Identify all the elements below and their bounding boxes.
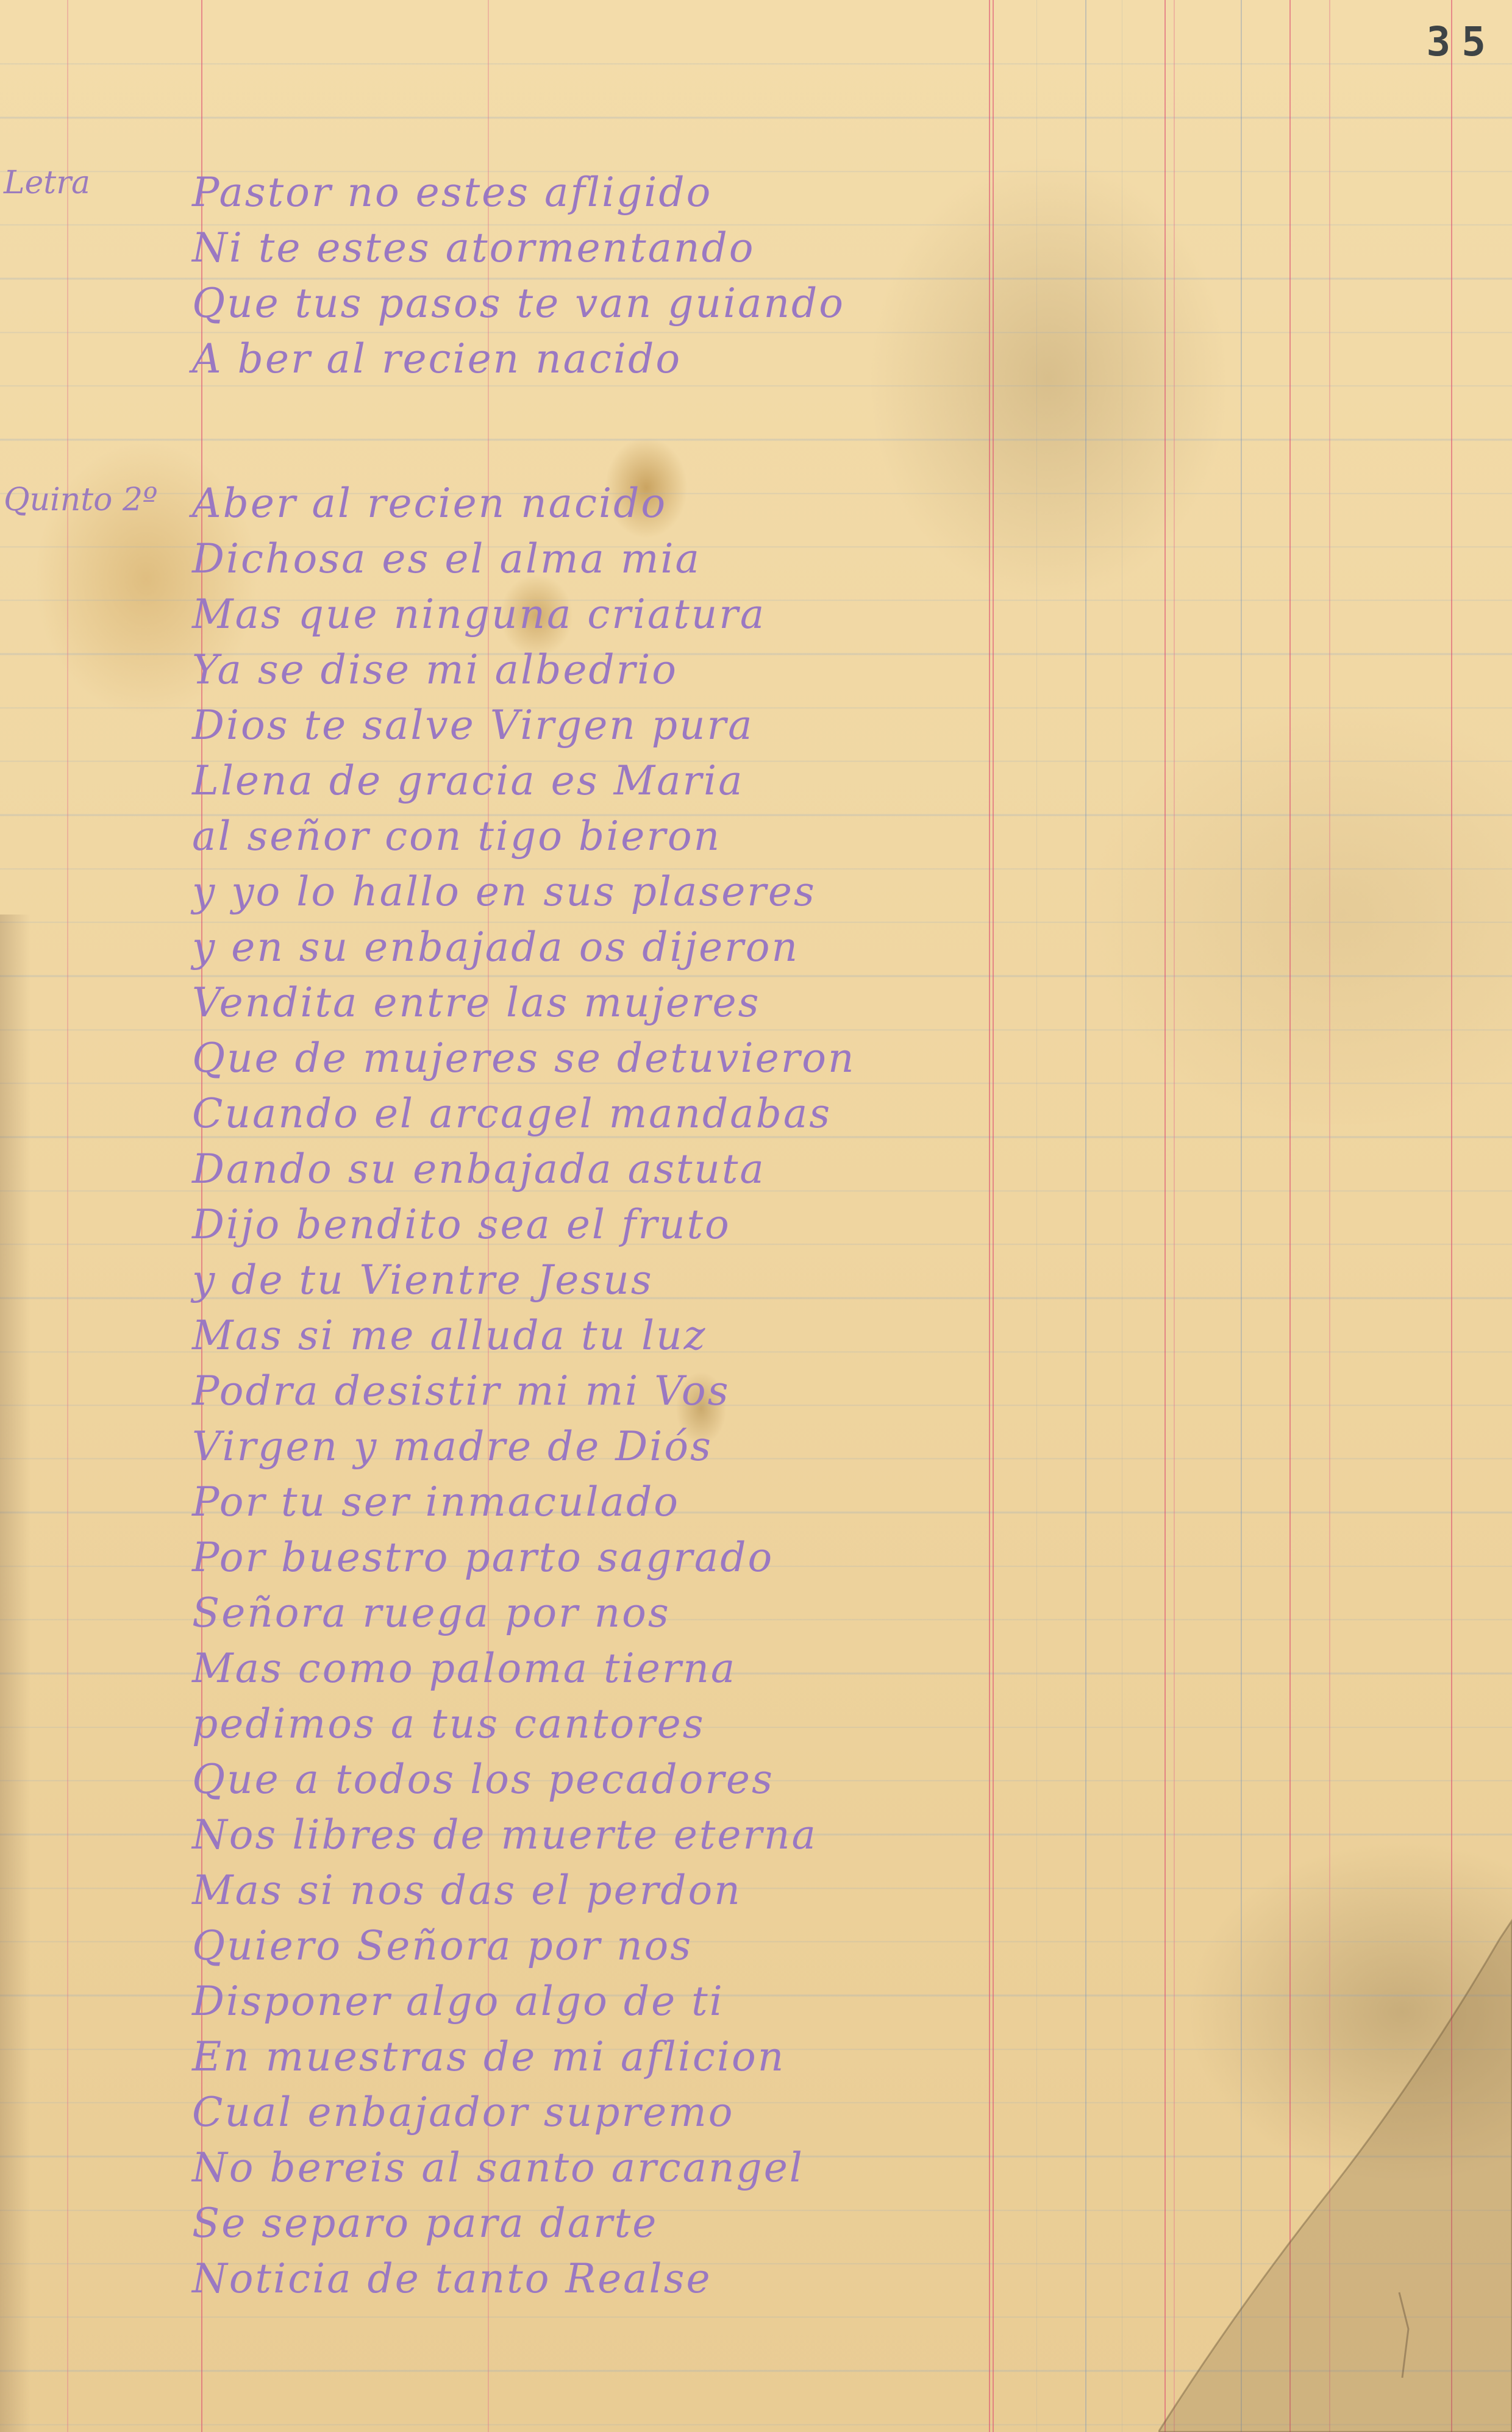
stanza-1: Pastor no estes afligido Ni te estes ato…	[192, 165, 1168, 387]
verse-line: Vendita entre las mujeres	[192, 975, 1168, 1030]
verse-line: Que de mujeres se detuvieron	[192, 1030, 1168, 1086]
verse-line: al señor con tigo bieron	[192, 808, 1168, 864]
verse-line: y de tu Vientre Jesus	[192, 1252, 1168, 1308]
verse-line: Llena de gracia es Maria	[192, 753, 1168, 808]
verse-line: Dios te salve Virgen pura	[192, 697, 1168, 753]
verse-line: Que tus pasos te van guiando	[192, 276, 1168, 331]
verse-line: A ber al recien nacido	[192, 331, 1168, 387]
verse-line: Dando su enbajada astuta	[192, 1141, 1168, 1197]
verse-line: Aber al recien nacido	[192, 476, 1168, 531]
verse-line: Pastor no estes afligido	[192, 165, 1168, 220]
verse-line: Cual enbajador supremo	[192, 2084, 1168, 2140]
verse-line: En muestras de mi aflicion	[192, 2029, 1168, 2084]
verse-line: pedimos a tus cantores	[192, 1696, 1168, 1752]
margin-label-quinto: Quinto 2º	[4, 482, 158, 518]
verse-line: Mas que ninguna criatura	[192, 587, 1168, 642]
verse-line: Mas como paloma tierna	[192, 1641, 1168, 1696]
verse-line: Por tu ser inmaculado	[192, 1474, 1168, 1530]
verse-line: Señora ruega por nos	[192, 1585, 1168, 1641]
verse-line: y en su enbajada os dijeron	[192, 919, 1168, 975]
verse-line: Nos libres de muerte eterna	[192, 1807, 1168, 1863]
verse-line: Por buestro parto sagrado	[192, 1530, 1168, 1585]
page-number: 35	[1427, 18, 1497, 65]
verse-line: Disponer algo algo de ti	[192, 1974, 1168, 2029]
verse-line: Dichosa es el alma mia	[192, 531, 1168, 587]
stanza-2: Aber al recien nacido Dichosa es el alma…	[192, 476, 1168, 2306]
verse-line: y yo lo hallo en sus plaseres	[192, 864, 1168, 919]
verse-line: Ni te estes atormentando	[192, 220, 1168, 276]
notebook-page: 35 Letra Quinto 2º Pastor no estes aflig…	[0, 0, 1512, 2432]
verse-line: Virgen y madre de Diós	[192, 1419, 1168, 1474]
verse-line: No bereis al santo arcangel	[192, 2140, 1168, 2195]
verse-line: Ya se dise mi albedrio	[192, 642, 1168, 697]
verse-line: Dijo bendito sea el fruto	[192, 1197, 1168, 1252]
margin-label-letra: Letra	[4, 165, 90, 201]
margin-line	[67, 0, 68, 2432]
verse-line: Mas si nos das el perdon	[192, 1863, 1168, 1918]
verse-line: Podra desistir mi mi Vos	[192, 1363, 1168, 1419]
verse-line: Se separo para darte	[192, 2195, 1168, 2251]
verse-line: Cuando el arcagel mandabas	[192, 1086, 1168, 1141]
verse-line: Que a todos los pecadores	[192, 1752, 1168, 1807]
verse-line: Mas si me alluda tu luz	[192, 1308, 1168, 1363]
verse-line: Quiero Señora por nos	[192, 1918, 1168, 1974]
binding-edge-shadow	[0, 915, 30, 2432]
folded-corner	[1158, 1829, 1512, 2432]
verse-line: Noticia de tanto Realse	[192, 2251, 1168, 2306]
